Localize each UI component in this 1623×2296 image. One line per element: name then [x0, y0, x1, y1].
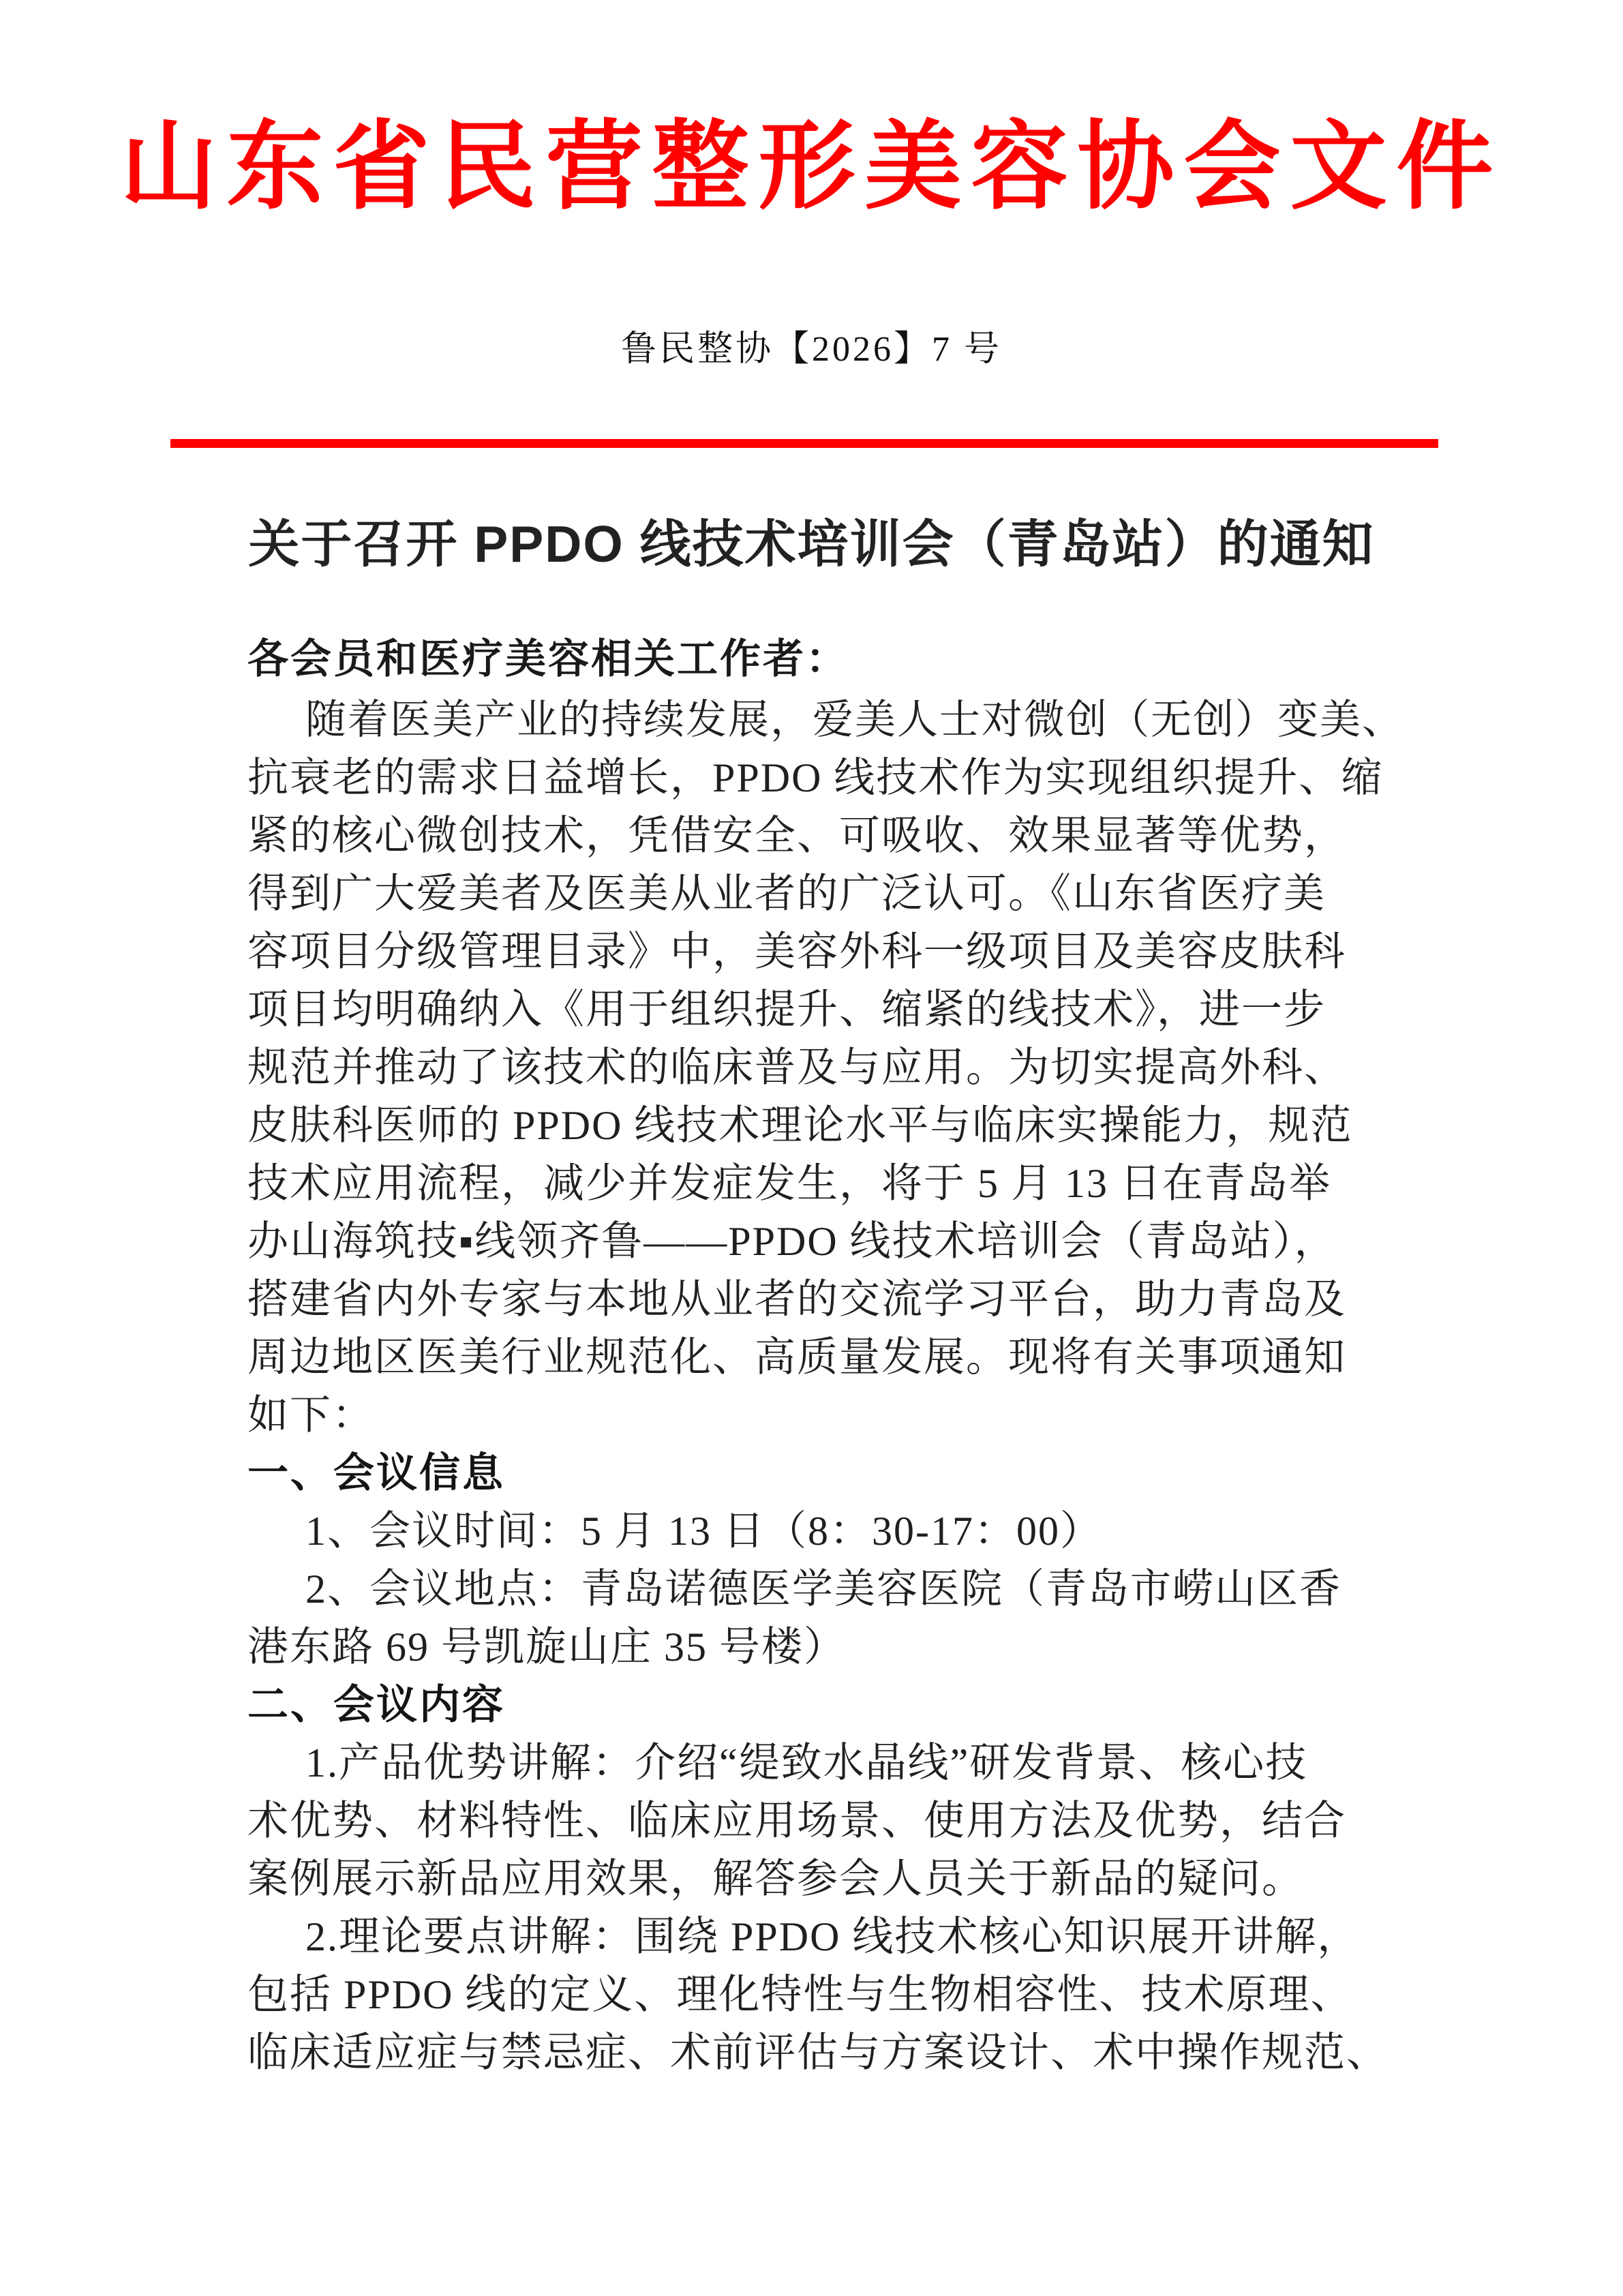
body-line: 临床适应症与禁忌症、术前评估与方案设计、术中操作规范、: [247, 2024, 1379, 2082]
red-divider-rule: [170, 439, 1438, 448]
body-line: 包括 PPDO 线的定义、理化特性与生物相容性、技术原理、: [247, 1966, 1379, 2024]
body-line: 抗衰老的需求日益增长，PPDO 线技术作为实现组织提升、缩: [247, 749, 1379, 807]
body-line: 得到广大爱美者及医美从业者的广泛认可。《山东省医疗美: [247, 865, 1379, 923]
body-line: 项目均明确纳入《用于组织提升、缩紧的线技术》，进一步: [247, 981, 1379, 1039]
body-line: 规范并推动了该技术的临床普及与应用。为切实提高外科、: [247, 1039, 1379, 1097]
notice-title: 关于召开 PPDO 线技术培训会（青岛站）的通知: [0, 506, 1623, 582]
salutation: 各会员和医疗美容相关工作者：: [247, 631, 1374, 689]
body-line: 如下：: [247, 1387, 1379, 1445]
notice-body: 随着医美产业的持续发展，爱美人士对微创（无创）变美、抗衰老的需求日益增长，PPD…: [247, 691, 1379, 2082]
body-line: 搭建省内外专家与本地从业者的交流学习平台，助力青岛及: [247, 1271, 1379, 1329]
body-line: 办山海筑技▪线领齐鲁——PPDO 线技术培训会（青岛站），: [247, 1213, 1379, 1271]
body-line: 周边地区医美行业规范化、高质量发展。现将有关事项通知: [247, 1329, 1379, 1387]
body-line: 2.理论要点讲解：围绕 PPDO 线技术核心知识展开讲解，: [247, 1908, 1379, 1966]
body-line: 港东路 69 号凯旋山庄 35 号楼）: [247, 1618, 1379, 1676]
body-line: 案例展示新品应用效果，解答参会人员关于新品的疑问。: [247, 1850, 1379, 1908]
body-line: 紧的核心微创技术，凭借安全、可吸收、效果显著等优势，: [247, 807, 1379, 865]
document-page: 山东省民营整形美容协会文件 鲁民整协【2026】7 号 关于召开 PPDO 线技…: [0, 0, 1623, 2296]
body-line: 皮肤科医师的 PPDO 线技术理论水平与临床实操能力，规范: [247, 1097, 1379, 1155]
section-heading: 一、会议信息: [247, 1445, 1379, 1502]
body-line: 1、会议时间：5 月 13 日（8：30-17：00）: [247, 1502, 1379, 1560]
body-line: 技术应用流程，减少并发症发生，将于 5 月 13 日在青岛举: [247, 1155, 1379, 1213]
doc-number: 鲁民整协【2026】7 号: [0, 312, 1623, 387]
section-heading: 二、会议内容: [247, 1676, 1379, 1734]
body-line: 术优势、材料特性、临床应用场景、使用方法及优势，结合: [247, 1792, 1379, 1850]
body-line: 1.产品优势讲解：介绍“缇致水晶线”研发背景、核心技: [247, 1734, 1379, 1792]
body-line: 随着医美产业的持续发展，爱美人士对微创（无创）变美、: [247, 691, 1379, 749]
body-line: 容项目分级管理目录》中，美容外科一级项目及美容皮肤科: [247, 923, 1379, 981]
org-title: 山东省民营整形美容协会文件: [0, 102, 1623, 232]
body-line: 2、会议地点：青岛诺德医学美容医院（青岛市崂山区香: [247, 1560, 1379, 1618]
